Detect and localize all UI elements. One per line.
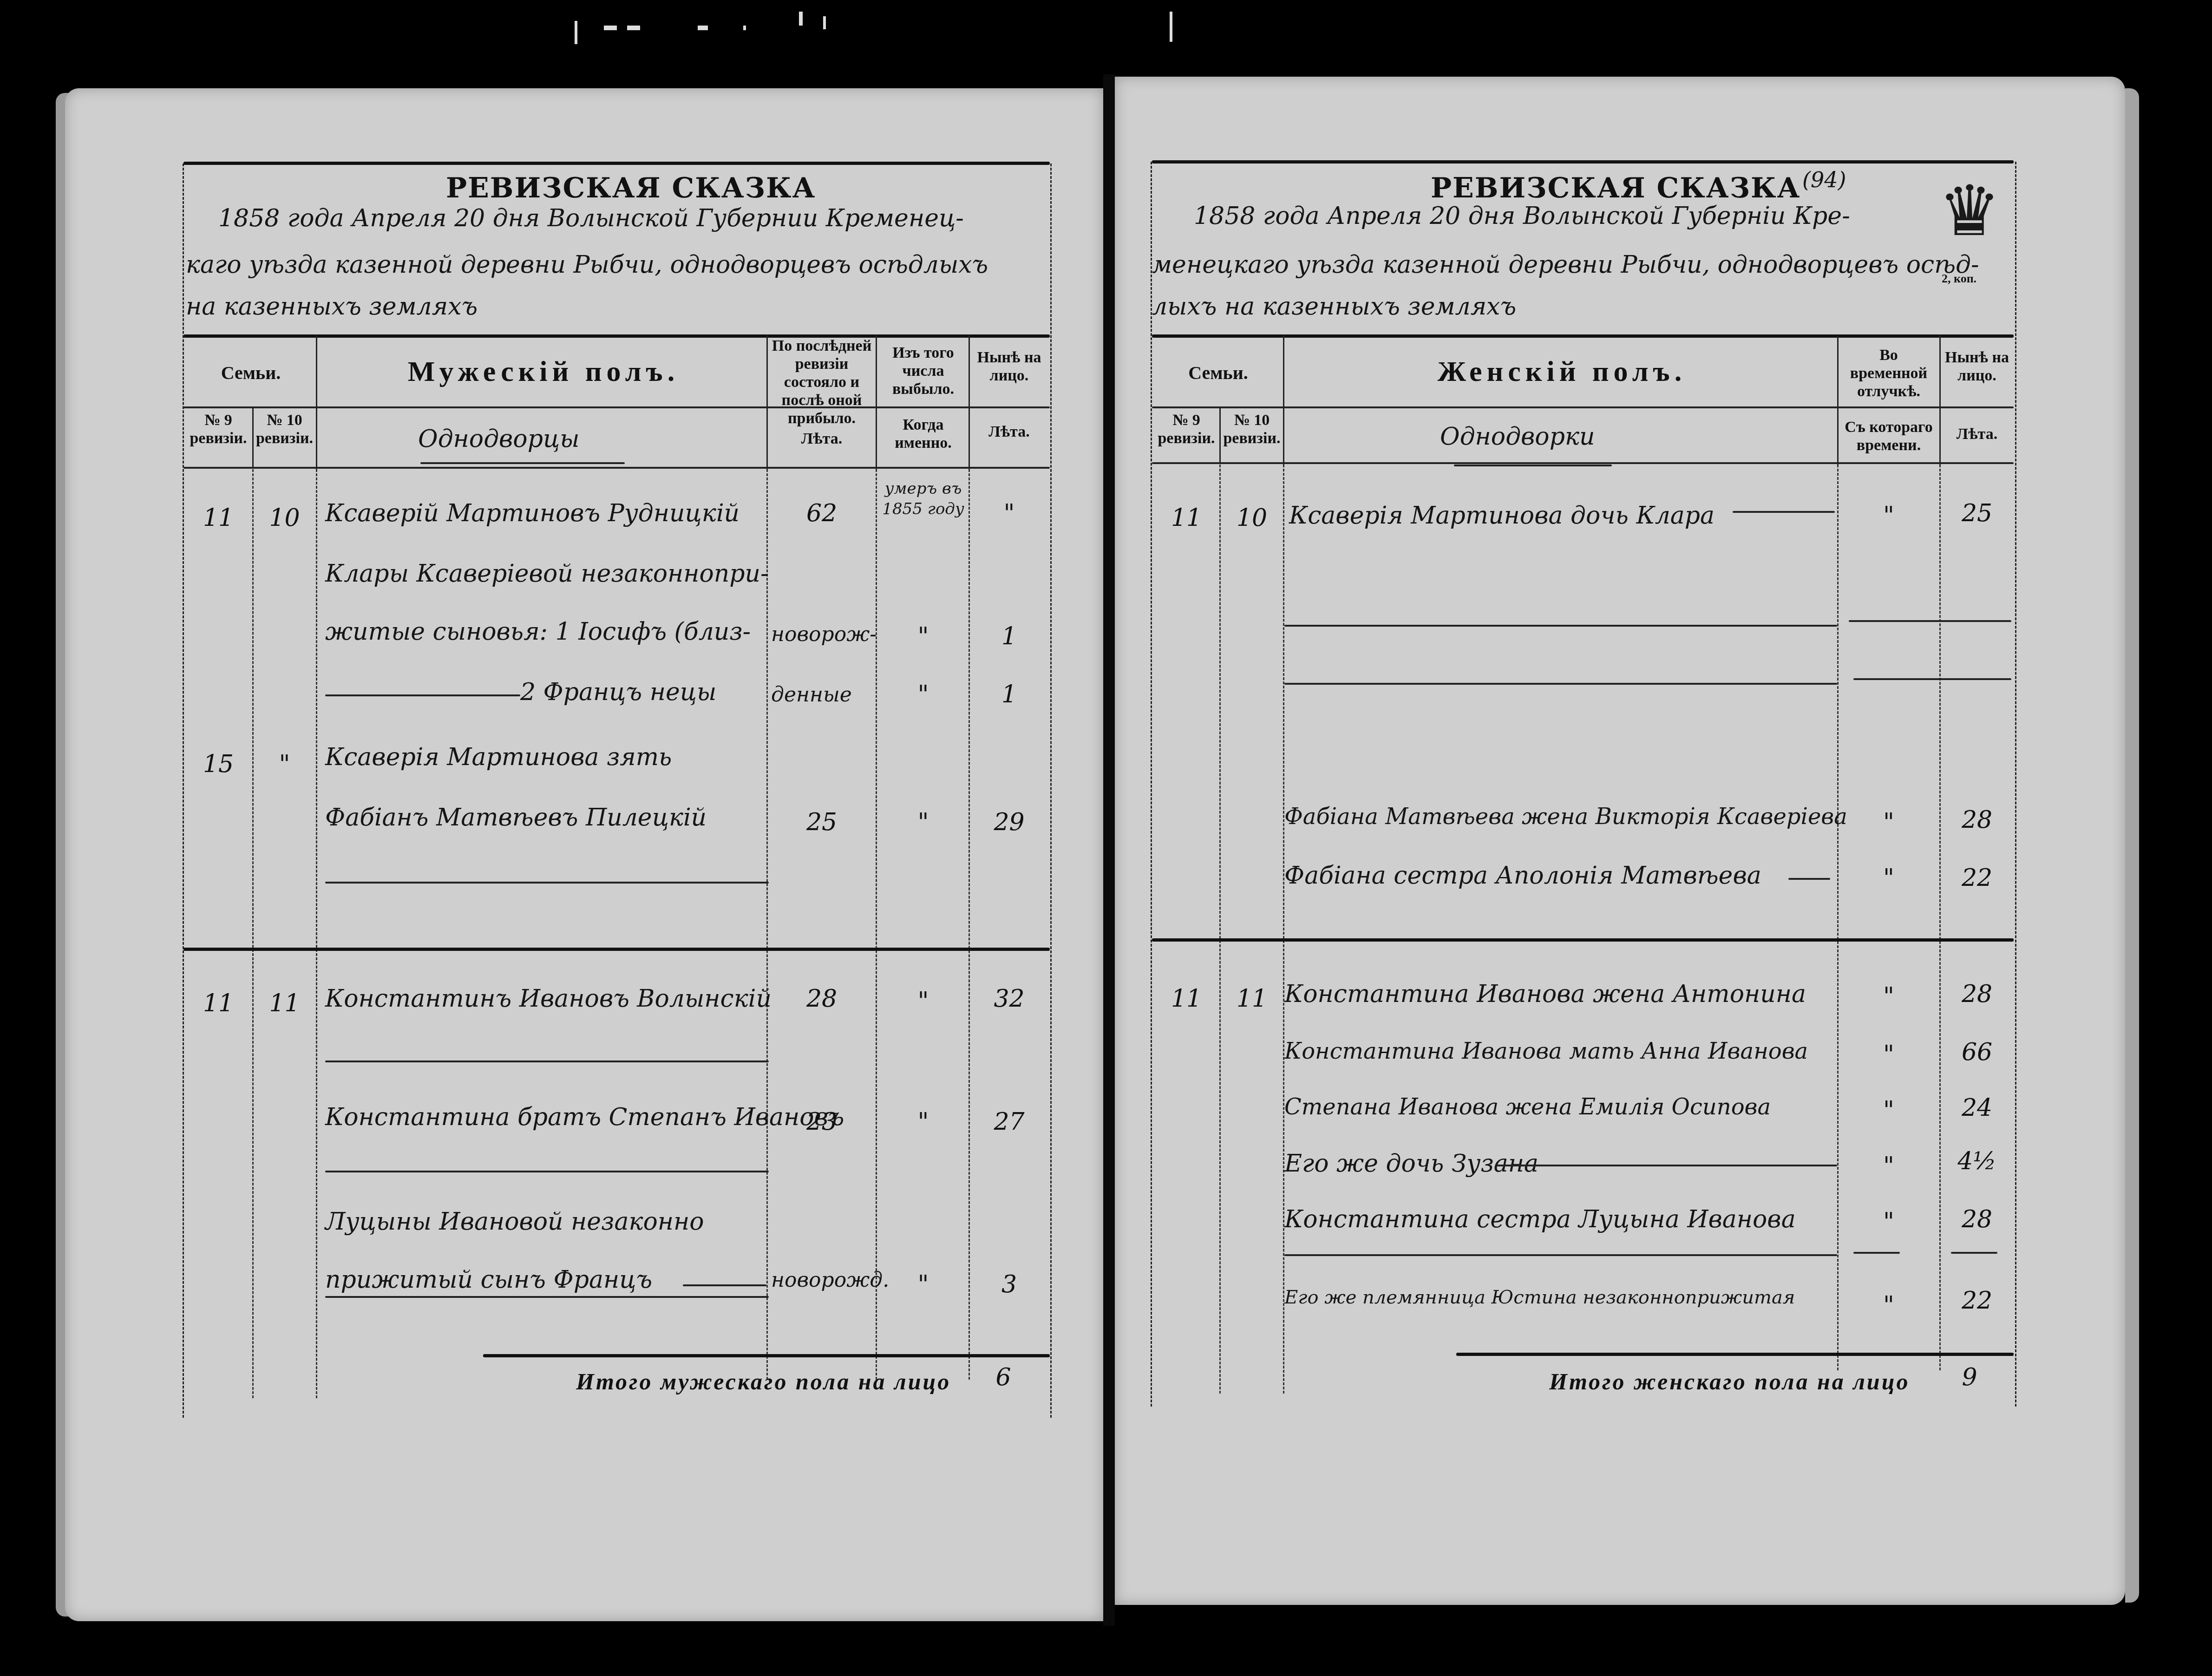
absence-since: " xyxy=(1839,502,1938,530)
person-name: Луцыны Ивановой незаконно xyxy=(325,1208,704,1236)
right-name-rule xyxy=(1284,625,1837,627)
top-edge-mark xyxy=(627,26,640,30)
name-dash xyxy=(1733,511,1835,513)
left-header-rule-top xyxy=(183,334,1050,338)
left-total-value: 6 xyxy=(985,1363,1022,1391)
rev10-number: 10 xyxy=(253,504,316,532)
right-total-value: 9 xyxy=(1951,1363,1988,1391)
left-header-rule-mid xyxy=(183,406,1050,408)
person-name: Константинъ Ивановъ Волынскій xyxy=(325,985,772,1013)
top-edge-mark xyxy=(1170,12,1172,42)
left-total-label: Итого мужескаго пола на лицо xyxy=(576,1368,951,1395)
right-col-rule xyxy=(1951,1252,1997,1254)
top-edge-mark xyxy=(698,26,708,30)
right-name-rule xyxy=(1284,1254,1837,1256)
right-top-rule xyxy=(1152,160,2014,164)
rev10-number: " xyxy=(253,750,316,778)
top-edge-mark xyxy=(575,21,577,44)
top-edge-mark xyxy=(743,26,746,30)
age-now: 28 xyxy=(1942,1205,2012,1233)
absence-since: " xyxy=(1839,1208,1938,1236)
right-section-label: Однодворки xyxy=(1440,423,1595,451)
left-col-sep xyxy=(876,335,877,469)
age-now: 3 xyxy=(971,1270,1047,1298)
right-page-title: РЕВИЗСКАЯ СКАЗКА xyxy=(1431,172,1800,204)
left-header-rule-bottom xyxy=(183,467,1050,469)
right-col-rev9: № 9 ревизіи. xyxy=(1154,411,1218,447)
age-last-revision: новорожд. xyxy=(771,1268,889,1292)
right-section-underline xyxy=(1454,465,1612,466)
age-now: 22 xyxy=(1942,864,2012,892)
age-now: 66 xyxy=(1942,1038,2012,1066)
age-now: 1 xyxy=(971,681,1047,708)
departed-when: " xyxy=(878,681,969,708)
left-name-rule xyxy=(325,1296,769,1298)
right-col-sep xyxy=(1939,335,1941,465)
person-name: Ксаверія Мартинова дочь Клара xyxy=(1289,502,1715,530)
age-now: 22 xyxy=(1942,1287,2012,1315)
right-col-rule xyxy=(1849,620,2011,622)
person-name: житые сыновья: 1 Іосифъ (близ- xyxy=(325,618,751,646)
age-now: " xyxy=(971,499,1047,527)
right-family-rule xyxy=(1152,938,2014,942)
rev9-number: 11 xyxy=(186,504,251,532)
right-col-rev10: № 10 ревизіи. xyxy=(1221,411,1283,447)
left-family-rule xyxy=(183,948,1050,951)
left-col-rev10: № 10 ревизіи. xyxy=(253,411,316,447)
person-name: Константина братъ Степанъ Ивановъ xyxy=(325,1103,844,1131)
right-col-present-sub: Лѣта. xyxy=(1942,425,2012,443)
right-col-gender: Женскій полъ. xyxy=(1287,355,1837,388)
name-dash xyxy=(1496,1165,1837,1166)
right-header-line-3: лыхъ на казенныхъ земляхъ xyxy=(1152,293,1516,321)
person-name: Клары Ксаверіевой незаконнопри- xyxy=(325,560,769,588)
right-body-col xyxy=(1219,465,1221,1394)
absence-since: " xyxy=(1839,1152,1938,1180)
left-body-col xyxy=(766,469,768,1380)
left-col-present-sub: Лѣта. xyxy=(971,423,1047,441)
age-last-revision: 25 xyxy=(769,808,875,836)
top-edge-mark xyxy=(799,12,803,26)
left-col-rev9: № 9 ревизіи. xyxy=(186,411,251,447)
left-top-rule xyxy=(183,162,1050,165)
right-col-families: Семьи. xyxy=(1154,362,1282,384)
right-col-temp-absence-sub: Съ котораго времени. xyxy=(1839,418,1938,454)
age-now: 24 xyxy=(1942,1094,2012,1122)
age-last-revision: 62 xyxy=(769,499,875,527)
rev9-number: 15 xyxy=(186,750,251,778)
age-now: 1 xyxy=(971,622,1047,650)
age-now: 28 xyxy=(1942,980,2012,1008)
right-page-number: (94) xyxy=(1802,167,1846,192)
person-name: Константина сестра Луцына Иванова xyxy=(1284,1205,1796,1233)
left-body-col xyxy=(252,469,254,1398)
age-now: 32 xyxy=(971,985,1047,1013)
rev10-number: 11 xyxy=(1221,985,1283,1013)
left-name-rule xyxy=(325,882,769,884)
left-col-sep xyxy=(766,335,768,469)
left-col-present: Нынѣ на лицо. xyxy=(971,348,1047,385)
right-header-rule-mid xyxy=(1152,406,2014,408)
right-total-rule xyxy=(1456,1353,2014,1356)
top-edge-mark xyxy=(823,16,826,29)
absence-since: " xyxy=(1839,982,1938,1010)
left-col-departed-sub: Когда именно. xyxy=(878,416,969,452)
person-name: прижитый сынъ Францъ xyxy=(325,1266,652,1294)
absence-since: " xyxy=(1839,1041,1938,1068)
left-col-last-revision: По послѣдней ревизіи состояло и послѣ он… xyxy=(769,337,875,427)
departed-when: " xyxy=(878,1108,969,1136)
name-dash xyxy=(325,694,520,696)
right-col-present: Нынѣ на лицо. xyxy=(1942,348,2012,385)
left-col-sep xyxy=(969,335,970,469)
right-body-col xyxy=(1939,465,1941,1370)
rev10-number: 11 xyxy=(253,989,316,1017)
age-now: 29 xyxy=(971,808,1047,836)
left-col-gender: Мужескій полъ. xyxy=(321,355,766,388)
rev9-number: 11 xyxy=(186,989,251,1017)
departed-when: " xyxy=(878,987,969,1015)
left-section-label: Однодворцы xyxy=(418,425,580,453)
book-edge-right xyxy=(2125,88,2139,1603)
absence-since: " xyxy=(1839,1096,1938,1124)
rev9-number: 11 xyxy=(1154,985,1218,1013)
age-now: 27 xyxy=(971,1108,1047,1136)
left-header-line-1: 1858 года Апреля 20 дня Волынской Губерн… xyxy=(218,204,964,232)
age-last-revision: новорож- xyxy=(771,622,877,646)
right-col-sep xyxy=(1283,335,1284,465)
person-name: Его же дочь Зузана xyxy=(1284,1150,1538,1178)
right-header-rule-top xyxy=(1152,334,2014,338)
book-spine xyxy=(1103,74,1115,1626)
left-total-rule xyxy=(483,1354,1050,1357)
right-header-rule-bottom xyxy=(1152,462,2014,464)
imperial-eagle-stamp-icon: ♛ xyxy=(1937,165,2002,258)
right-name-rule xyxy=(1284,683,1837,685)
absence-since: " xyxy=(1839,864,1938,892)
left-body-col xyxy=(876,469,877,1380)
departed-when: " xyxy=(878,622,969,650)
age-now: 28 xyxy=(1942,806,2012,834)
left-body-col xyxy=(316,469,317,1398)
left-section-underline xyxy=(420,462,625,464)
right-col-temp-absence: Во временной отлучкѣ. xyxy=(1839,346,1938,400)
departed-when: умеръ въ 1855 году xyxy=(878,478,969,519)
top-edge-mark xyxy=(604,26,617,30)
departed-when: " xyxy=(878,1270,969,1298)
right-col-sep xyxy=(1837,335,1839,465)
right-header-line-1: 1858 года Апреля 20 дня Волынской Губерн… xyxy=(1194,202,1850,230)
rev9-number: 11 xyxy=(1154,504,1218,532)
age-now: 4½ xyxy=(1942,1147,2012,1175)
right-header-line-2: менецкаго уѣзда казенной деревни Рыбчи, … xyxy=(1152,251,1979,279)
absence-since: " xyxy=(1839,1291,1938,1319)
left-col-sep xyxy=(316,335,317,469)
left-header-line-3: на казенныхъ земляхъ xyxy=(186,293,478,321)
age-now: 25 xyxy=(1942,499,2012,527)
person-name: Фабіана сестра Аполонія Матвѣева xyxy=(1284,862,1761,890)
absence-since: " xyxy=(1839,808,1938,836)
person-name: Фабіана Матвѣева жена Викторія Ксаверіев… xyxy=(1284,804,1847,830)
right-col-rule xyxy=(1853,1252,1900,1254)
age-last-revision: 28 xyxy=(769,985,875,1013)
name-dash xyxy=(683,1284,766,1286)
name-dash xyxy=(1788,878,1830,880)
person-name: Константина Иванова жена Антонина xyxy=(1284,980,1806,1008)
right-col-rule xyxy=(1853,678,2011,680)
left-col-families: Семьи. xyxy=(186,362,316,384)
left-page-title: РЕВИЗСКАЯ СКАЗКА xyxy=(446,172,816,204)
right-body-col xyxy=(1837,465,1839,1370)
left-name-rule xyxy=(325,1171,769,1172)
left-col-departed: Изъ того числа выбыло. xyxy=(878,344,969,398)
age-last-revision: 23 xyxy=(769,1108,875,1136)
right-total-label: Итого женскаго пола на лицо xyxy=(1549,1368,1910,1395)
left-body-col xyxy=(969,469,970,1380)
person-name: Его же племянница Юстина незаконноприжит… xyxy=(1284,1287,1795,1308)
person-name: Константина Иванова мать Анна Иванова xyxy=(1284,1038,1808,1064)
person-name: Ксаверія Мартинова зять xyxy=(325,743,672,771)
left-col-last-revision-sub: Лѣта. xyxy=(769,430,875,448)
departed-when: " xyxy=(878,808,969,836)
left-name-rule xyxy=(325,1061,769,1062)
rev10-number: 10 xyxy=(1221,504,1283,532)
person-name: 2 Францъ нецы xyxy=(520,678,716,706)
person-name: Фабіанъ Матвѣевъ Пилецкій xyxy=(325,804,707,831)
person-name: Ксаверій Мартиновъ Рудницкій xyxy=(325,499,740,527)
left-header-line-2: каго уѣзда казенной деревни Рыбчи, однод… xyxy=(186,251,988,279)
age-last-revision: денные xyxy=(771,683,852,707)
person-name: Степана Иванова жена Емилія Осипова xyxy=(1284,1094,1771,1120)
